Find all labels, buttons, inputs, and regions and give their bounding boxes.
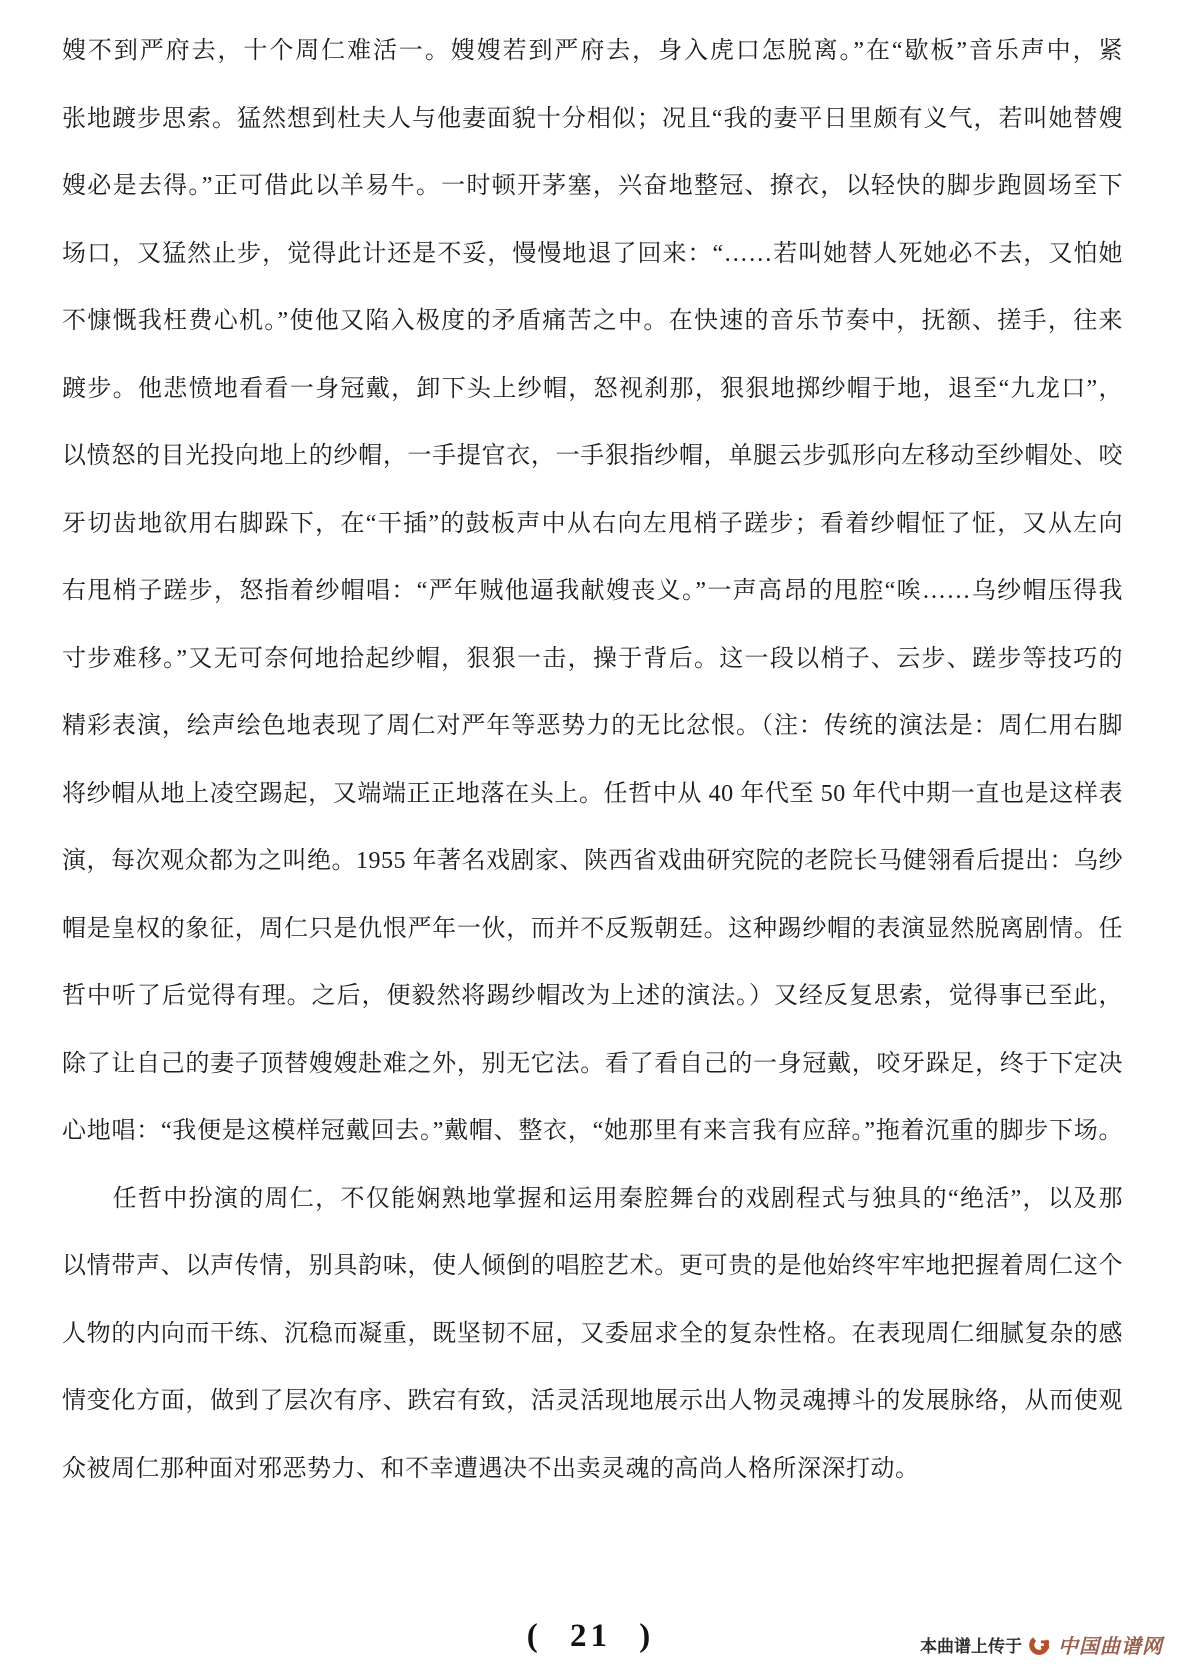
scanned-document-page: 嫂不到严府去，十个周仁难活一。嫂嫂若到严府去，身入虎口怎脱离。”在“歇板”音乐声… bbox=[0, 0, 1181, 1670]
text-line: 情变化方面，做到了层次有序、跌宕有致，活灵活现地展示出人物灵魂搏斗的发展脉络，从… bbox=[62, 1368, 1123, 1436]
text-line: 张地踱步思索。猛然想到杜夫人与他妻面貌十分相似；况且“我的妻平日里颇有义气，若叫… bbox=[62, 86, 1123, 154]
site-logo-icon bbox=[1029, 1634, 1051, 1656]
text-line: 人物的内向而干练、沉稳而凝重，既坚韧不屈，又委屈求全的复杂性格。在表现周仁细腻复… bbox=[62, 1301, 1123, 1369]
site-name: 中国曲谱网 bbox=[1058, 1630, 1163, 1659]
text-line: 寸步难移。”又无可奈何地拾起纱帽，狠狠一击，操于背后。这一段以梢子、云步、蹉步等… bbox=[62, 626, 1123, 694]
text-line: 牙切齿地欲用右脚跺下，在“干插”的鼓板声中从右向左甩梢子蹉步；看着纱帽怔了怔，又… bbox=[62, 491, 1123, 559]
text-line: 精彩表演，绘声绘色地表现了周仁对严年等恶势力的无比忿恨。（注：传统的演法是：周仁… bbox=[62, 693, 1123, 761]
text-line: 演，每次观众都为之叫绝。1955 年著名戏剧家、陕西省戏曲研究院的老院长马健翎看… bbox=[62, 828, 1123, 896]
text-line: 除了让自己的妻子顶替嫂嫂赴难之外，别无它法。看了看自己的一身冠戴，咬牙跺足，终于… bbox=[62, 1031, 1123, 1099]
watermark: 本曲谱上传于 中国曲谱网 bbox=[920, 1630, 1163, 1659]
text-line: 将纱帽从地上凌空踢起，又端端正正地落在头上。任哲中从 40 年代至 50 年代中… bbox=[62, 761, 1123, 829]
text-line: 心地唱：“我便是这模样冠戴回去。”戴帽、整衣，“她那里有来言我有应辞。”拖着沉重… bbox=[62, 1098, 1123, 1166]
text-line: 嫂不到严府去，十个周仁难活一。嫂嫂若到严府去，身入虎口怎脱离。”在“歇板”音乐声… bbox=[62, 18, 1123, 86]
text-line: 帽是皇权的象征，周仁只是仇恨严年一伙，而并不反叛朝廷。这种踢纱帽的表演显然脱离剧… bbox=[62, 896, 1123, 964]
text-line: 以情带声、以声传情，别具韵味，使人倾倒的唱腔艺术。更可贵的是他始终牢牢地把握着周… bbox=[62, 1233, 1123, 1301]
text-line: 嫂必是去得。”正可借此以羊易牛。一时顿开茅塞，兴奋地整冠、撩衣，以轻快的脚步跑圆… bbox=[62, 153, 1123, 221]
text-line: 哲中听了后觉得有理。之后，便毅然将踢纱帽改为上述的演法。）又经反复思索，觉得事已… bbox=[62, 963, 1123, 1031]
text-line: 任哲中扮演的周仁，不仅能娴熟地掌握和运用秦腔舞台的戏剧程式与独具的“绝活”，以及… bbox=[62, 1166, 1123, 1234]
text-line: 场口，又猛然止步，觉得此计还是不妥，慢慢地退了回来：“……若叫她替人死她必不去，… bbox=[62, 221, 1123, 289]
text-line: 众被周仁那种面对邪恶势力、和不幸遭遇决不出卖灵魂的高尚人格所深深打动。 bbox=[62, 1436, 1123, 1504]
text-line: 不慷慨我枉费心机。”使他又陷入极度的矛盾痛苦之中。在快速的音乐节奏中，抚额、搓手… bbox=[62, 288, 1123, 356]
text-line: 右甩梢子蹉步，怒指着纱帽唱：“严年贼他逼我献嫂丧义。”一声高昂的甩腔“唉……乌纱… bbox=[62, 558, 1123, 626]
text-line: 踱步。他悲愤地看看一身冠戴，卸下头上纱帽，怒视刹那，狠狠地掷纱帽于地，退至“九龙… bbox=[62, 356, 1123, 424]
page-footer: ( 21 ) 本曲谱上传于 中国曲谱网 bbox=[0, 1618, 1181, 1670]
text-line: 以愤怒的目光投向地上的纱帽，一手提官衣，一手狠指纱帽，单腿云步弧形向左移动至纱帽… bbox=[62, 423, 1123, 491]
watermark-text: 本曲谱上传于 bbox=[920, 1632, 1022, 1657]
body-text: 嫂不到严府去，十个周仁难活一。嫂嫂若到严府去，身入虎口怎脱离。”在“歇板”音乐声… bbox=[62, 18, 1123, 1503]
